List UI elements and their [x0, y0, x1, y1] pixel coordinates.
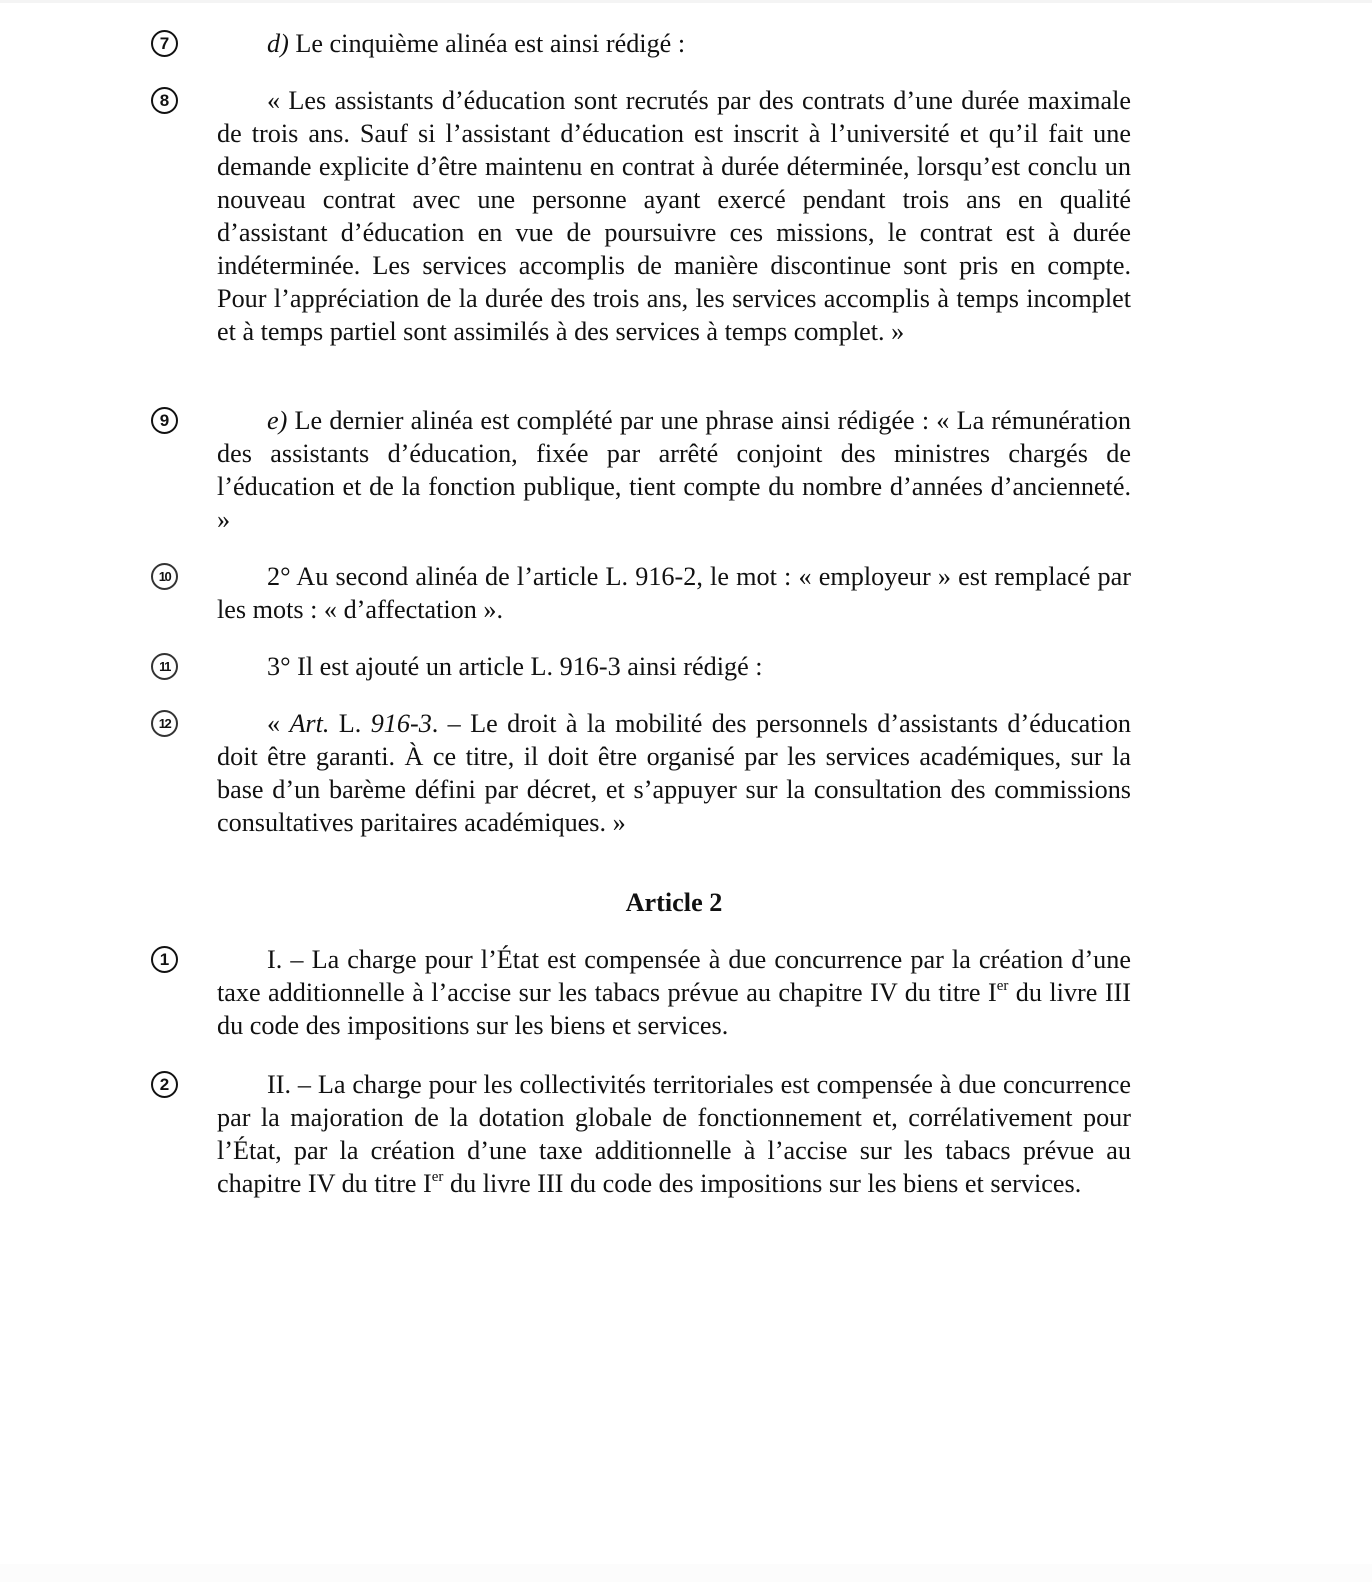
alinea-text: 2° Au second alinéa de l’article L. 916-… [217, 562, 1131, 624]
article-2-alinea-2: II. – La charge pour les collectivités t… [217, 1068, 1131, 1200]
alinea-text: 3° Il est ajouté un article L. 916-3 ain… [267, 652, 763, 681]
alinea-10: 2° Au second alinéa de l’article L. 916-… [217, 560, 1131, 626]
item-letter: d) [267, 29, 289, 58]
item-letter: e) [267, 406, 287, 435]
article-2-alinea-1: I. – La charge pour l’État est compensée… [217, 943, 1131, 1042]
article-abbrev: Art. [289, 709, 329, 738]
alinea-text: Le cinquième alinéa est ainsi rédigé : [289, 29, 685, 58]
superscript: er [432, 1169, 444, 1185]
alinea-number-12: 12 [151, 710, 178, 737]
alinea-text: I. – La charge pour l’État est compensée… [217, 945, 1131, 1007]
article-prefix: L. [329, 709, 370, 738]
alinea-number-7: 7 [151, 30, 178, 57]
alinea-number-11: 11 [151, 653, 178, 680]
alinea-12: « Art. L. 916-3. – Le droit à la mobilit… [217, 707, 1131, 839]
alinea-text: Le dernier alinéa est complété par une p… [217, 406, 1131, 534]
alinea-8: « Les assistants d’éducation sont recrut… [217, 84, 1131, 348]
alinea-number-8: 8 [151, 87, 178, 114]
alinea-7: d) Le cinquième alinéa est ainsi rédigé … [217, 27, 1131, 60]
alinea-number-2: 2 [151, 1071, 178, 1098]
article-number: 916-3 [371, 709, 432, 738]
alinea-number-1: 1 [151, 946, 178, 973]
page-bottom-edge [0, 1564, 1372, 1582]
alinea-text: « Les assistants d’éducation sont recrut… [217, 86, 1131, 346]
article-heading: Article 2 [217, 886, 1131, 919]
superscript: er [997, 978, 1009, 994]
page-top-edge [0, 0, 1372, 3]
alinea-text-end: du livre III du code des impositions sur… [443, 1169, 1081, 1198]
alinea-11: 3° Il est ajouté un article L. 916-3 ain… [217, 650, 1131, 683]
alinea-number-10: 10 [151, 563, 178, 590]
quote-open: « [267, 709, 289, 738]
alinea-number-9: 9 [151, 407, 178, 434]
alinea-9: e) Le dernier alinéa est complété par un… [217, 404, 1131, 536]
